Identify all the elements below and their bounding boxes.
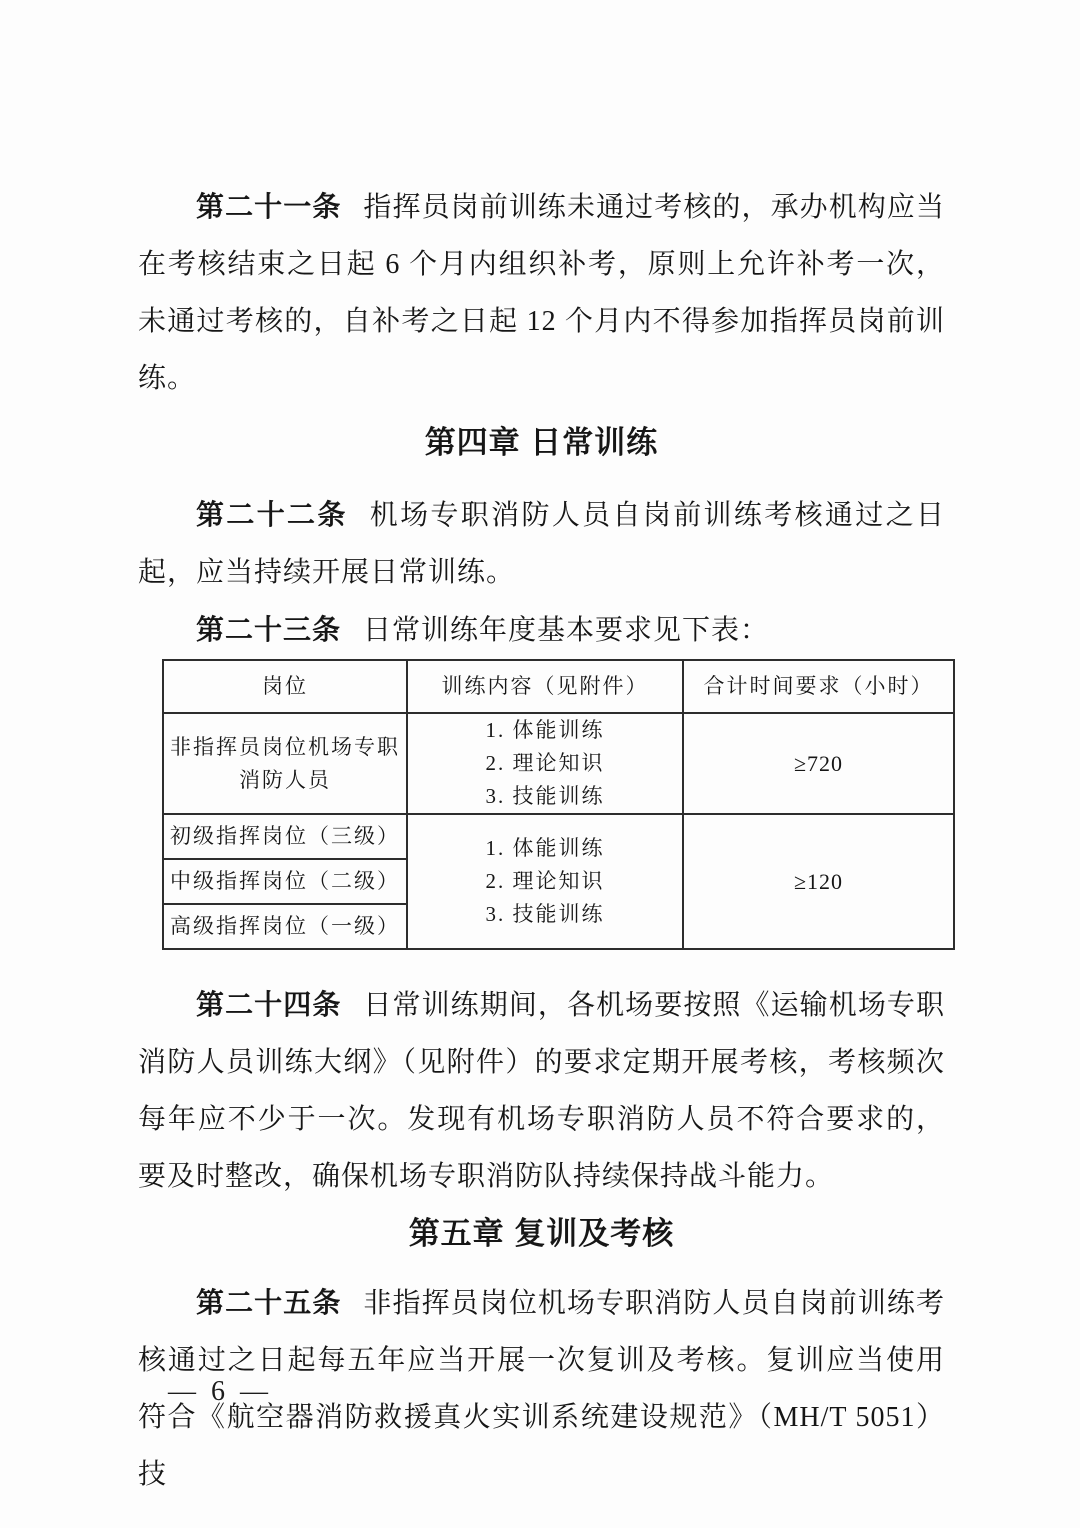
article-22-label: 第二十二条: [196, 499, 348, 530]
article-23-text: 日常训练年度基本要求见下表：: [363, 615, 769, 646]
table-cell-hours: ≥120: [683, 814, 954, 949]
table-cell-position: 非指挥员岗位机场专职消防人员: [163, 713, 407, 814]
table-cell-position: 初级指挥岗位（三级）: [163, 814, 407, 859]
list-item: 1. 体能训练: [486, 714, 605, 747]
table-header-content: 训练内容（见附件）: [407, 660, 683, 713]
list-item: 3. 技能训练: [486, 898, 605, 931]
list-item: 3. 技能训练: [486, 780, 605, 813]
document-page: 第二十一条指挥员岗前训练未通过考核的，承办机构应当在考核结束之日起 6 个月内组…: [0, 0, 1080, 1528]
table-cell-hours: ≥720: [683, 713, 954, 814]
table-header-position: 岗位: [163, 660, 407, 713]
article-21-label: 第二十一条: [196, 191, 341, 222]
chapter-5-heading: 第五章 复训及考核: [138, 1211, 945, 1256]
article-23: 第二十三条日常训练年度基本要求见下表：: [138, 601, 945, 659]
training-requirements-table: 岗位 训练内容（见附件） 合计时间要求（小时） 非指挥员岗位机场专职消防人员 1…: [162, 659, 955, 950]
table-cell-position: 中级指挥岗位（二级）: [163, 859, 407, 904]
list-item: 1. 体能训练: [486, 832, 605, 865]
table-header-hours: 合计时间要求（小时）: [683, 660, 954, 713]
article-22: 第二十二条机场专职消防人员自岗前训练考核通过之日起，应当持续开展日常训练。: [138, 486, 945, 601]
table-header-row: 岗位 训练内容（见附件） 合计时间要求（小时）: [163, 660, 954, 713]
article-25-label: 第二十五条: [196, 1287, 341, 1318]
table-cell-training-content: 1. 体能训练 2. 理论知识 3. 技能训练: [407, 814, 683, 949]
article-21-text: 指挥员岗前训练未通过考核的，承办机构应当在考核结束之日起 6 个月内组织补考，原…: [138, 192, 945, 394]
page-number: — 6 —: [168, 1376, 272, 1408]
article-23-label: 第二十三条: [196, 614, 341, 645]
article-21: 第二十一条指挥员岗前训练未通过考核的，承办机构应当在考核结束之日起 6 个月内组…: [138, 178, 945, 407]
chapter-4-heading: 第四章 日常训练: [138, 420, 945, 465]
article-24: 第二十四条日常训练期间，各机场要按照《运输机场专职消防人员训练大纲》（见附件）的…: [138, 976, 945, 1205]
article-24-label: 第二十四条: [196, 989, 341, 1020]
table-row-non-commander: 非指挥员岗位机场专职消防人员 1. 体能训练 2. 理论知识 3. 技能训练 ≥…: [163, 713, 954, 814]
table-cell-position: 高级指挥岗位（一级）: [163, 904, 407, 949]
list-item: 2. 理论知识: [486, 747, 605, 780]
list-item: 2. 理论知识: [486, 865, 605, 898]
training-content-list: 1. 体能训练 2. 理论知识 3. 技能训练: [486, 714, 605, 813]
article-24-text: 日常训练期间，各机场要按照《运输机场专职消防人员训练大纲》（见附件）的要求定期开…: [138, 990, 945, 1192]
table-cell-training-content: 1. 体能训练 2. 理论知识 3. 技能训练: [407, 713, 683, 814]
table-row-junior-commander: 初级指挥岗位（三级） 1. 体能训练 2. 理论知识 3. 技能训练 ≥120: [163, 814, 954, 859]
training-content-list: 1. 体能训练 2. 理论知识 3. 技能训练: [486, 832, 605, 931]
